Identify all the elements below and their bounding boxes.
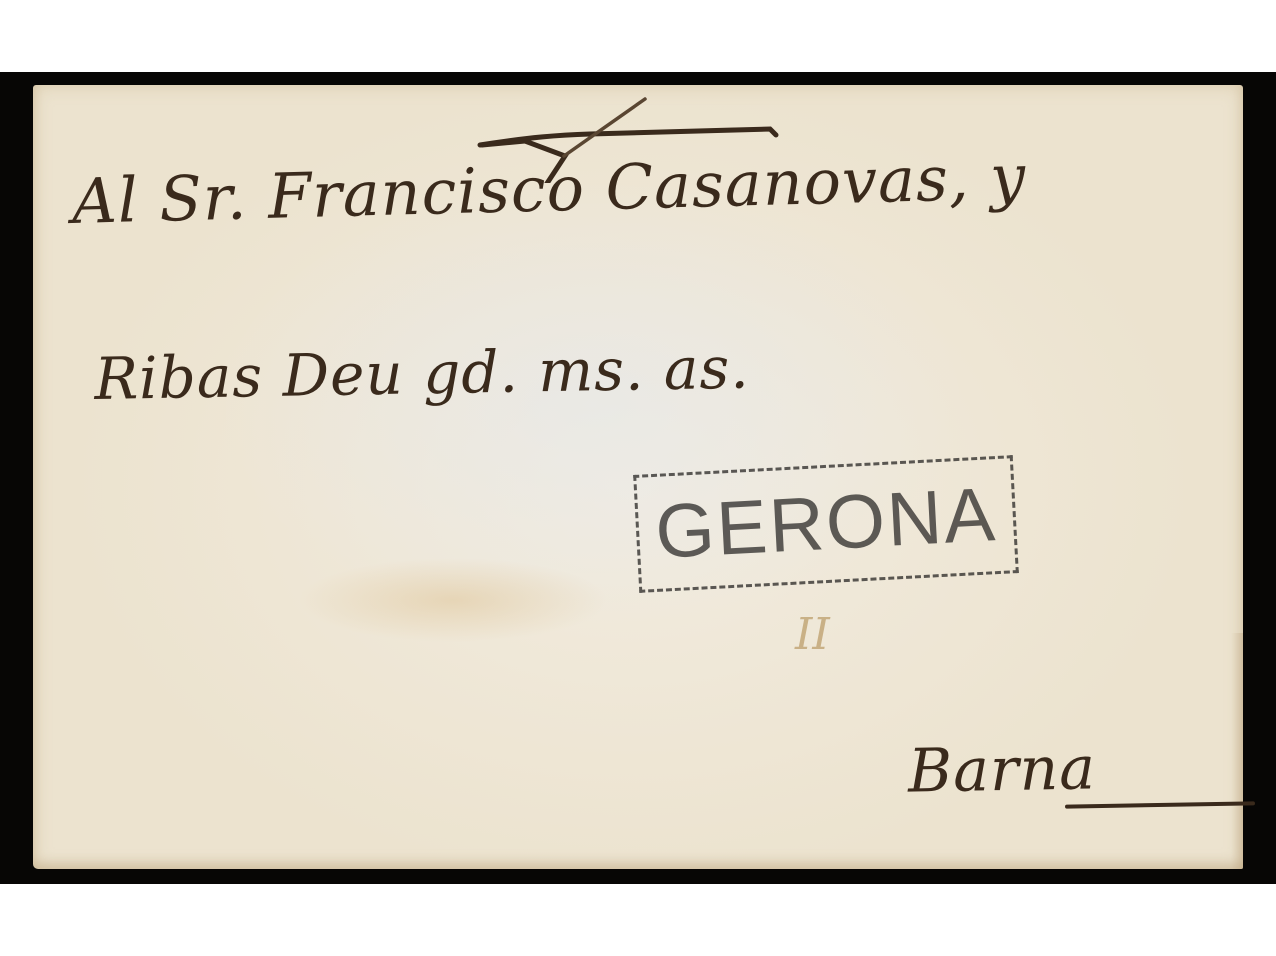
letter-cover: 4 Al Sr. Francisco Casanovas, y Ribas De… — [33, 85, 1243, 869]
gerona-postmark: GERONA — [633, 455, 1019, 593]
address-line-2: Ribas Deu gd. ms. as. — [94, 334, 750, 413]
address-line-1: Al Sr. Francisco Casanovas, y — [71, 140, 1027, 238]
destination-text: Barna — [907, 733, 1096, 806]
postmark-text: GERONA — [654, 477, 999, 571]
paper-fold-edge — [1231, 633, 1243, 869]
transit-mark: II — [795, 609, 830, 660]
